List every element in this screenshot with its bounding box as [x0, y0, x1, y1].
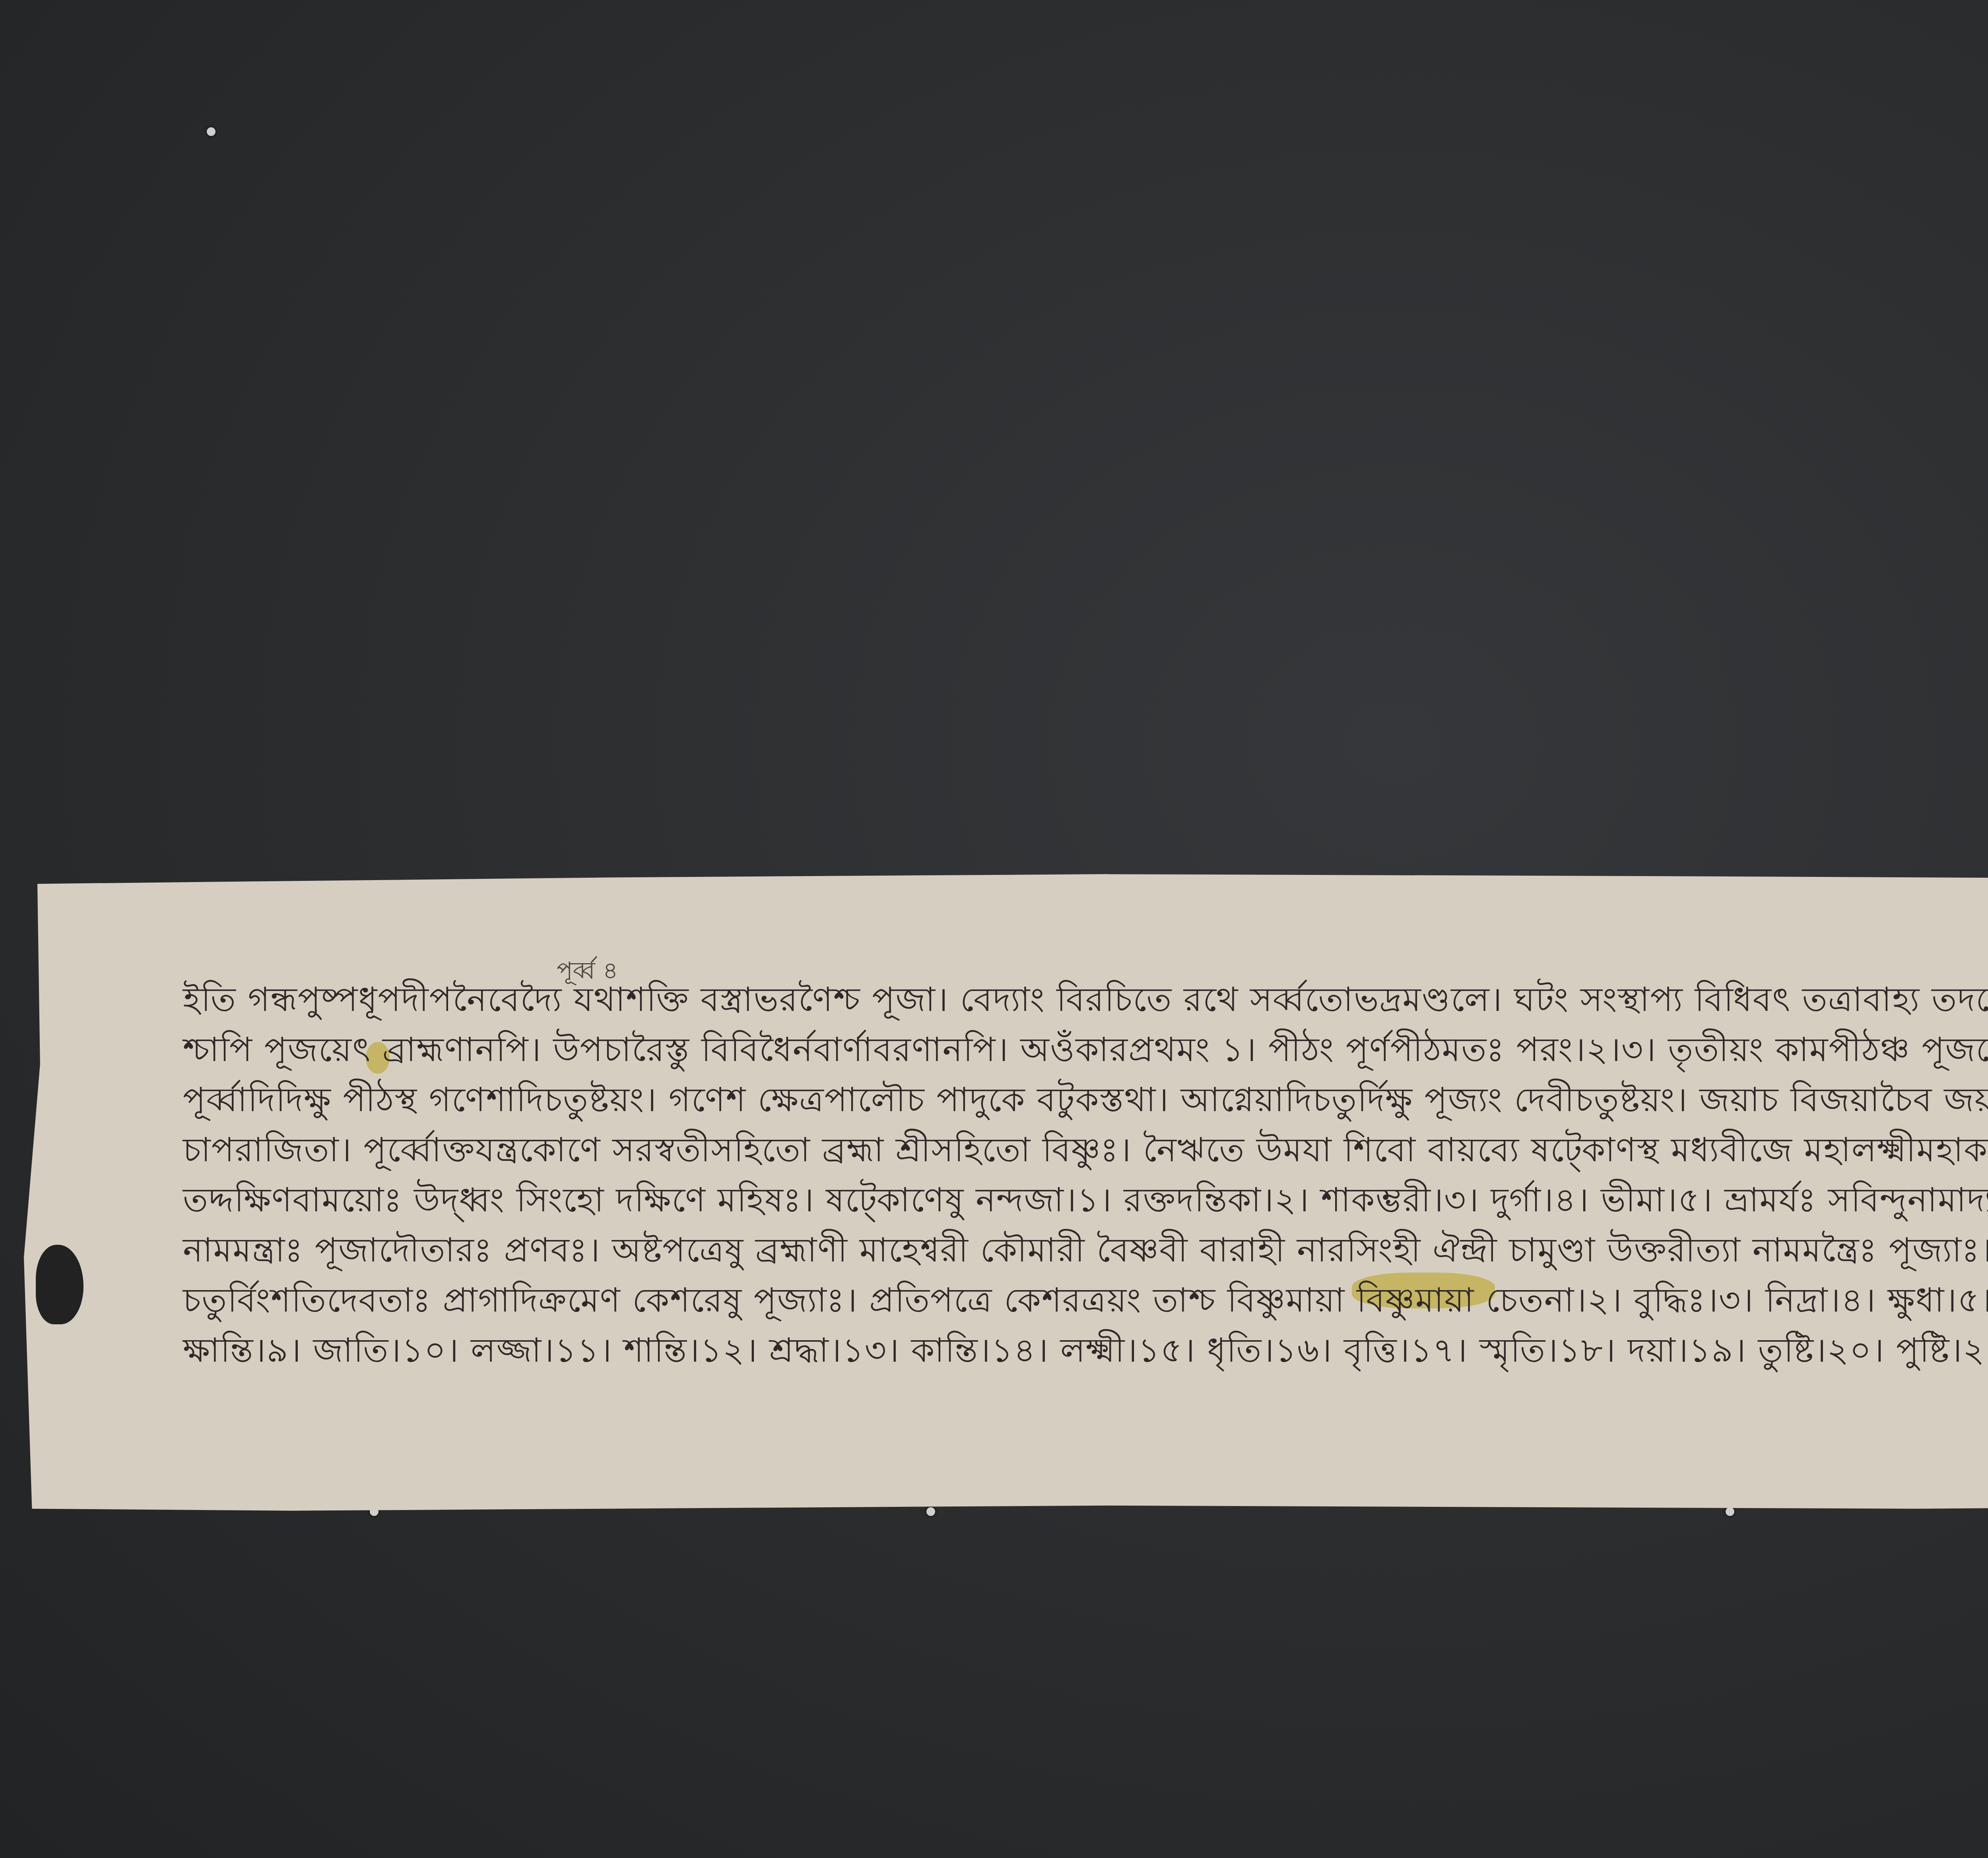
pin [926, 1507, 935, 1516]
text-line: পূর্ব্বাদিদিক্ষু পীঠস্থ গণেশাদিচতুষ্টয়ং… [183, 1075, 1988, 1125]
text-line: ইতি গন্ধপুষ্পধূপদীপনৈবেদ্যৈ যথাশক্তি বস্… [183, 974, 1988, 1024]
text-line: চতুর্বিংশতিদেবতাঃ প্রাগাদিক্রমেণ কেশরেষু… [183, 1275, 1988, 1325]
pin [1726, 1507, 1734, 1516]
text-line: তদ্দক্ষিণবাময়োঃ উদ্ধ্বং সিংহো দক্ষিণে ম… [183, 1175, 1988, 1225]
text-line: ক্ষান্তি।৯। জাতি।১০। লজ্জা।১১। শান্তি।১২… [183, 1325, 1988, 1375]
text-line: শ্চাপি পূজয়েৎ ব্রাহ্মণানপি। উপচারৈস্তু … [183, 1024, 1988, 1075]
text-line: নামমন্ত্রাঃ পূজাদৌতারঃ প্রণবঃ। অষ্টপত্রে… [183, 1225, 1988, 1275]
text-line: চাপরাজিতা। পূর্ব্বোক্তযন্ত্রকোণে সরস্বতী… [183, 1125, 1988, 1175]
pin [207, 127, 215, 136]
manuscript-text: ইতি গন্ধপুষ্পধূপদীপনৈবেদ্যৈ যথাশক্তি বস্… [183, 974, 1988, 1375]
